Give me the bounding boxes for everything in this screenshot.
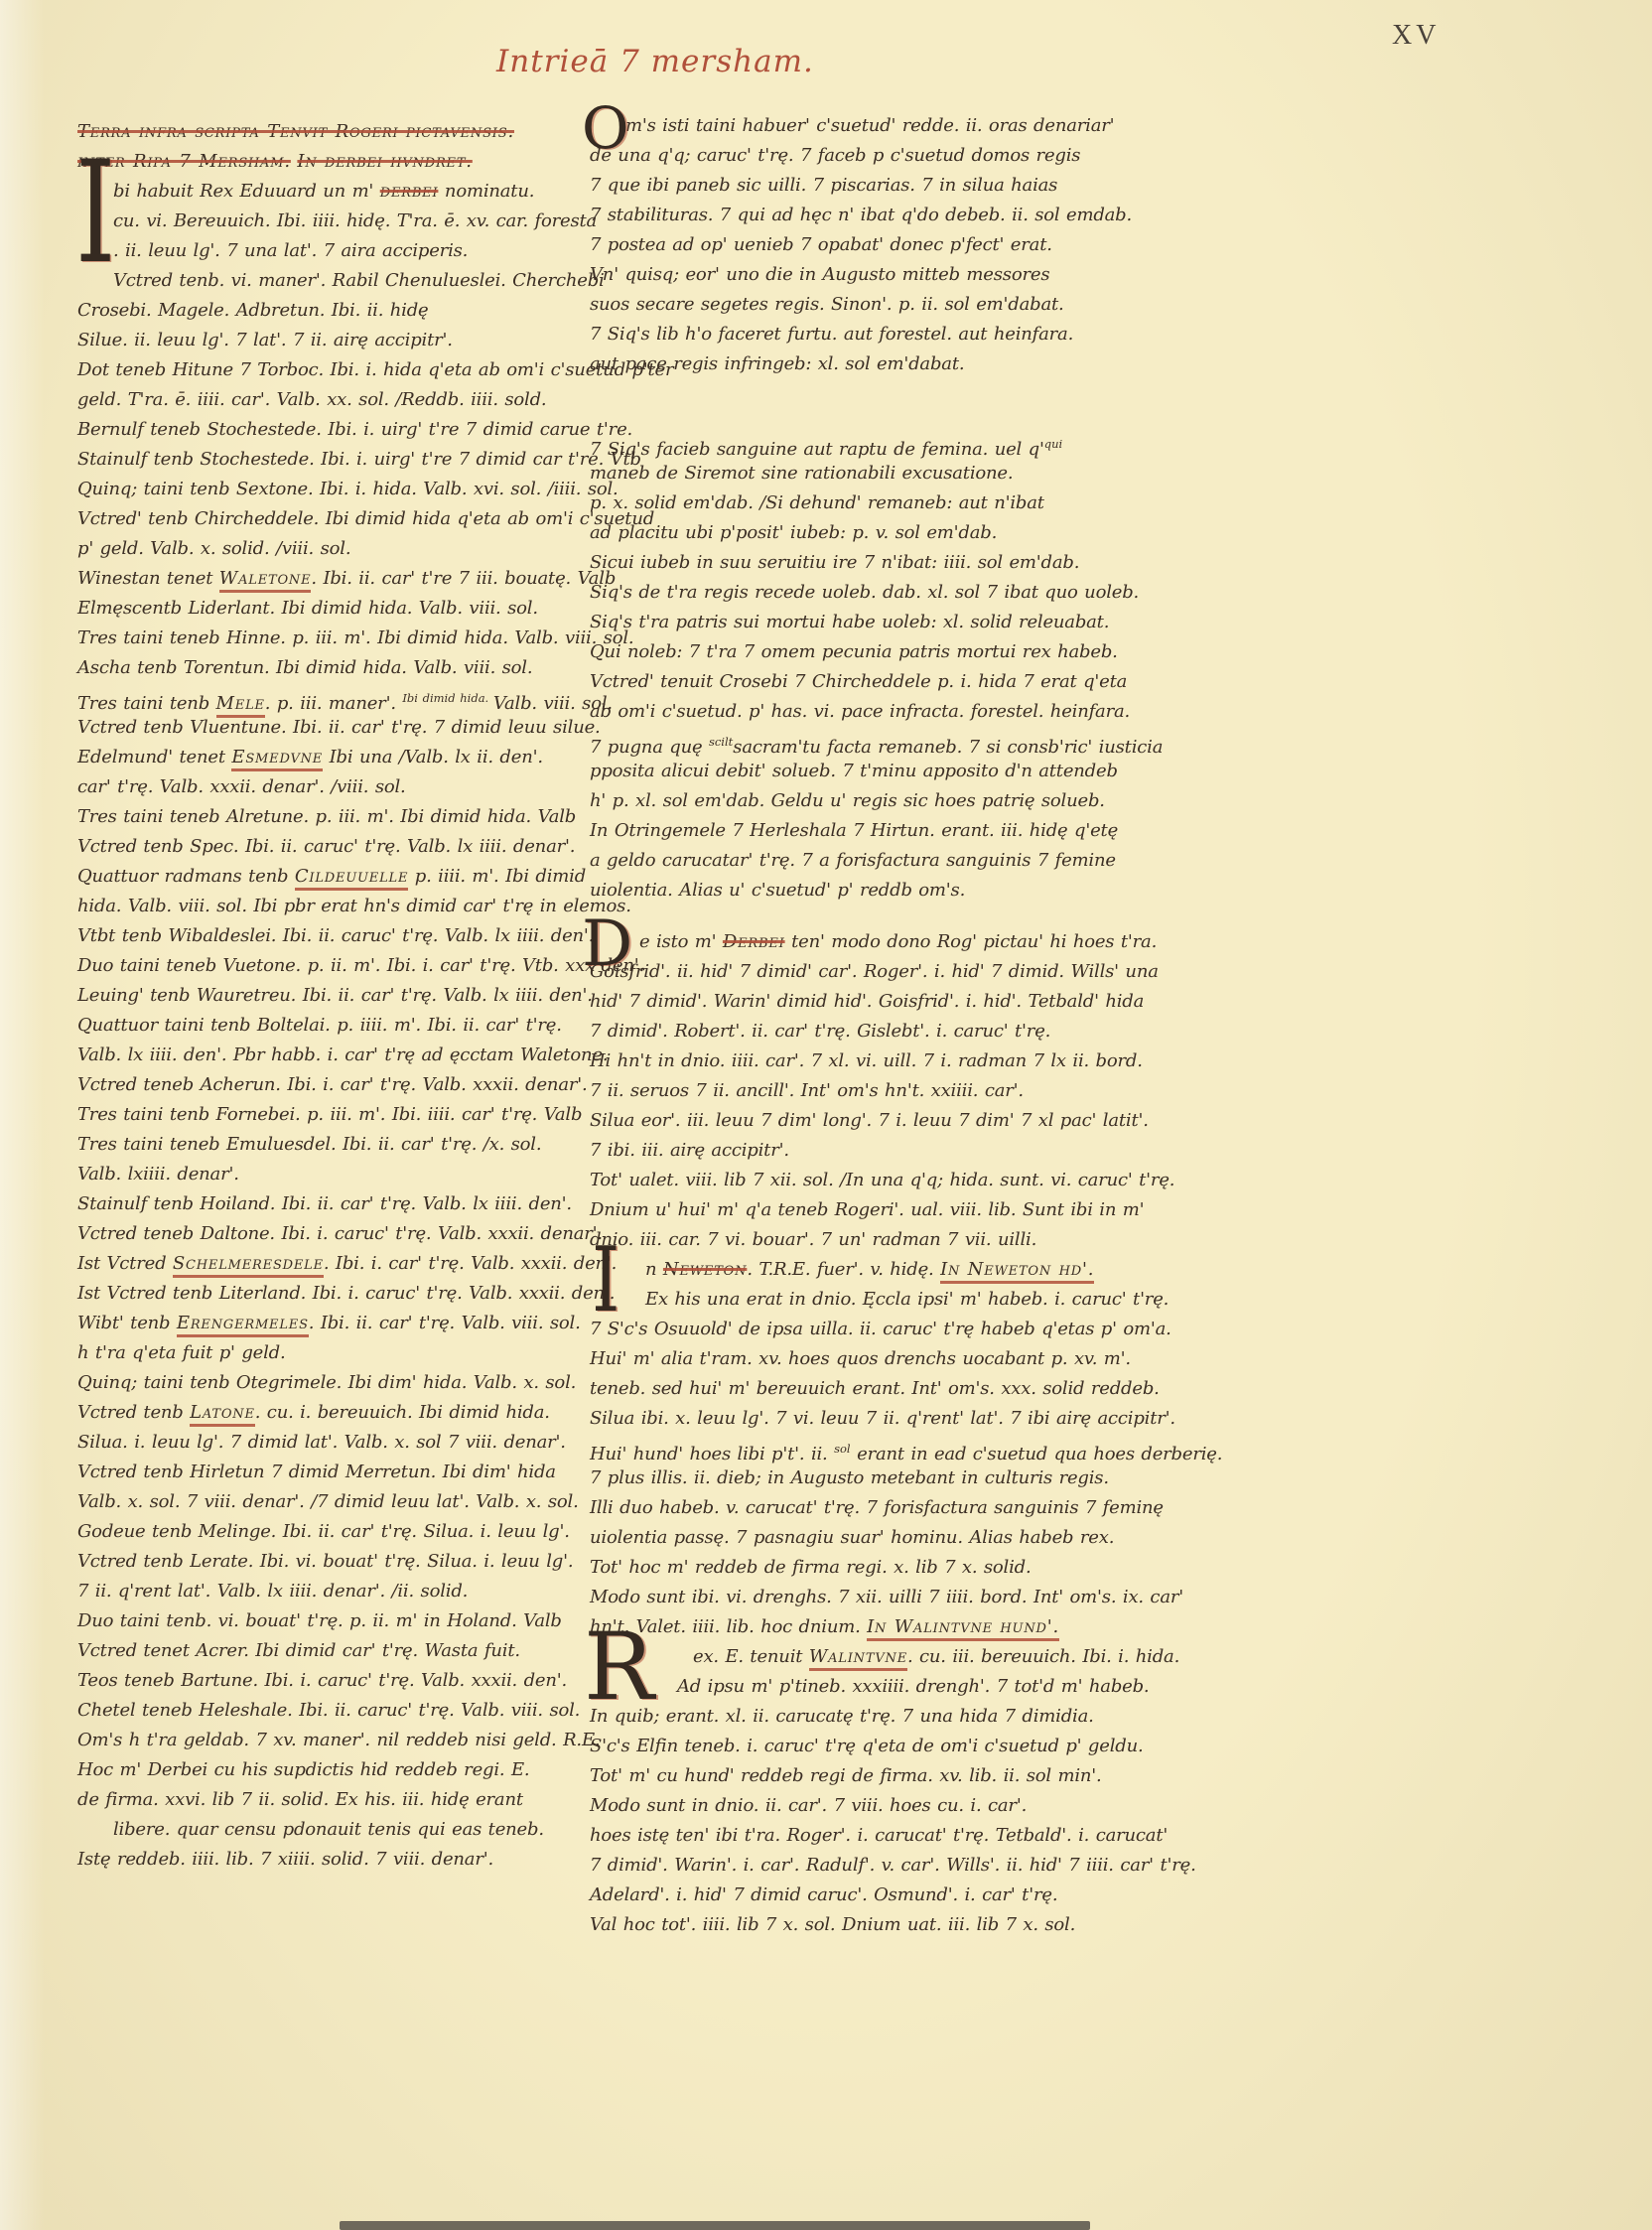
- manuscript-line: Vtbt tenb Wibaldeslei. Ibi. ii. caruc' t…: [77, 921, 594, 951]
- manuscript-line: Quattuor taini tenb Boltelai. p. iiii. m…: [77, 1011, 594, 1041]
- manuscript-line: de firma. xxvi. lib 7 ii. solid. Ex his.…: [77, 1785, 594, 1815]
- ink-text: Ascha tenb Torentun. Ibi dimid hida. Val…: [77, 657, 532, 678]
- manuscript-line: 7 postea ad op' uenieb 7 opabat' donec p…: [590, 230, 1146, 260]
- ink-text: Vctred' tenuit Crosebi 7 Chircheddele p.…: [590, 671, 1127, 692]
- manuscript-line: Dnium u' hui' m' q'a teneb Rogeri'. ual.…: [590, 1195, 1146, 1225]
- ink-text: . Ibi. ii. car' t'rę. Valb. viii. sol.: [309, 1313, 581, 1333]
- manuscript-line: Quattuor radmans tenb Cildeuuelle p. iii…: [77, 862, 594, 892]
- manuscript-line: aut pace regis infringeb: xl. sol em'dab…: [590, 349, 1146, 379]
- ink-text: Ibi dimid hida.: [402, 691, 493, 705]
- ink-text: Chetel teneb Heleshale. Ibi. ii. caruc' …: [77, 1700, 580, 1721]
- rubricated-text: Cildeuuelle: [295, 866, 408, 891]
- manuscript-line: Vctred' tenuit Crosebi 7 Chircheddele p.…: [590, 667, 1146, 697]
- manuscript-line: h' p. xl. sol em'dab. Geldu u' regis sic…: [590, 786, 1146, 816]
- ink-text: Val hoc tot'. iiii. lib 7 x. sol. Dnium …: [590, 1914, 1075, 1935]
- manuscript-line: Tot' m' cu hund' reddeb regi de firma. x…: [590, 1761, 1146, 1791]
- text-column-right: Om's isti taini habuer' c'suetud' redde.…: [590, 111, 1146, 1940]
- manuscript-line: Quinq; taini tenb Sextone. Ibi. i. hida.…: [77, 475, 594, 504]
- ink-text: Vctred tenb: [77, 1402, 190, 1423]
- ink-text: Duo taini teneb Vuetone. p. ii. m'. Ibi.…: [77, 955, 644, 976]
- manuscript-line: Vctred teneb Daltone. Ibi. i. caruc' t'r…: [77, 1219, 594, 1249]
- ink-text: ex. E. tenuit: [693, 1646, 809, 1667]
- ink-text: uiolentia. Alias u' c'suetud' p' reddb o…: [590, 880, 965, 901]
- manuscript-line: In quib; erant. xl. ii. carucatę t'rę. 7…: [590, 1702, 1146, 1732]
- manuscript-line: ab om'i c'suetud. p' has. vi. pace infra…: [590, 697, 1146, 727]
- manuscript-line: Silue. ii. leuu lg'. 7 lat'. 7 ii. airę …: [77, 326, 594, 355]
- manuscript-line: Silua. i. leuu lg'. 7 dimid lat'. Valb. …: [77, 1428, 594, 1458]
- manuscript-line: pposita alicui debit' solueb. 7 t'minu a…: [590, 757, 1146, 786]
- ink-text: Hoc m' Derbei cu his supdictis hid redde…: [77, 1759, 529, 1780]
- ink-text: cu. vi. Bereuuich. Ibi. iiii. hidę. T'ra…: [113, 210, 597, 231]
- manuscript-line: Hui' hund' hoes libi p't'. ii. sol erant…: [590, 1434, 1146, 1463]
- manuscript-line: hoes istę ten' ibi t'ra. Roger'. i. caru…: [590, 1821, 1146, 1851]
- ink-text: m's isti taini habuer' c'suetud' redde. …: [625, 115, 1114, 136]
- manuscript-line: 7 plus illis. ii. dieb; in Augusto meteb…: [590, 1463, 1146, 1493]
- ink-text: . p. iii. maner'.: [265, 693, 403, 714]
- ink-text: geld. T'ra. ē. iiii. car'. Valb. xx. sol…: [77, 389, 546, 410]
- ink-text: 7 postea ad op' uenieb 7 opabat' donec p…: [590, 234, 1052, 255]
- manuscript-line: Om's isti taini habuer' c'suetud' redde.…: [590, 111, 1146, 141]
- rubricated-text: In derbei hvndret.: [297, 151, 472, 172]
- manuscript-line: Stainulf tenb Hoiland. Ibi. ii. car' t'r…: [77, 1189, 594, 1219]
- ink-text: Bernulf teneb Stochestede. Ibi. i. uirg'…: [77, 419, 632, 440]
- manuscript-line: Om's h t'ra geldab. 7 xv. maner'. nil re…: [77, 1726, 594, 1755]
- ink-text: . Ibi. i. car' t'rę. Valb. xxxii. den'.: [324, 1253, 617, 1274]
- ink-text: Ex his una erat in dnio. Ęccla ipsi' m' …: [645, 1289, 1169, 1310]
- manuscript-line: Val hoc tot'. iiii. lib 7 x. sol. Dnium …: [590, 1910, 1146, 1940]
- manuscript-line: Vctred tenb Spec. Ibi. ii. caruc' t'rę. …: [77, 832, 594, 862]
- ink-text: Vctred tenb Vluentune. Ibi. ii. car' t'r…: [77, 717, 601, 738]
- manuscript-line: Qui noleb: 7 t'ra 7 omem pecunia patris …: [590, 637, 1146, 667]
- ink-text: p. x. solid em'dab. /Si dehund' remaneb:…: [590, 492, 1044, 513]
- manuscript-line: Teos teneb Bartune. Ibi. i. caruc' t'rę.…: [77, 1666, 594, 1696]
- ink-text: de una q'q; caruc' t'rę. 7 faceb p c'sue…: [590, 145, 1080, 166]
- ink-text: de firma. xxvi. lib 7 ii. solid. Ex his.…: [77, 1789, 523, 1810]
- ink-text: Hi hn't in dnio. iiii. car'. 7 xl. vi. u…: [590, 1050, 1143, 1071]
- ink-text: S'c's Elfin teneb. i. caruc' t'rę q'eta …: [590, 1736, 1144, 1756]
- manuscript-line: Chetel teneb Heleshale. Ibi. ii. caruc' …: [77, 1696, 594, 1726]
- manuscript-line: Tres taini teneb Alretune. p. iii. m'. I…: [77, 802, 594, 832]
- ink-text: Valb. lxiiii. denar'.: [77, 1164, 239, 1185]
- ink-text: 7 stabilituras. 7 qui ad hęc n' ibat q'd…: [590, 205, 1132, 225]
- ink-text: car' t'rę. Valb. xxxii. denar'. /viii. s…: [77, 776, 406, 797]
- ink-text: Wibt' tenb: [77, 1313, 177, 1333]
- ink-text: Valb. x. sol. 7 viii. denar'. /7 dimid l…: [77, 1491, 579, 1512]
- manuscript-line: Edelmund' tenet Esmedvne Ibi una /Valb. …: [77, 743, 594, 772]
- manuscript-line: 7 dimid'. Robert'. ii. car' t'rę. Gisleb…: [590, 1017, 1146, 1046]
- manuscript-line: In Neweton. T.R.E. fuer'. v. hidę. In Ne…: [590, 1255, 1146, 1285]
- ink-text: scilt: [709, 735, 733, 749]
- manuscript-line: Stainulf tenb Stochestede. Ibi. i. uirg'…: [77, 445, 594, 475]
- manuscript-line: 7 pugna quę sciltsacram'tu facta remaneb…: [590, 727, 1146, 757]
- ink-text: aut pace regis infringeb: xl. sol em'dab…: [590, 353, 964, 374]
- manuscript-line: de una q'q; caruc' t'rę. 7 faceb p c'sue…: [590, 141, 1146, 171]
- manuscript-line: Istę reddeb. iiii. lib. 7 xiiii. solid. …: [77, 1845, 594, 1875]
- ink-text: Tres taini teneb Emuluesdel. Ibi. ii. ca…: [77, 1134, 541, 1155]
- manuscript-page: { "page": { "folio_number": "XV", "runni…: [0, 0, 1652, 2230]
- manuscript-line: p. x. solid em'dab. /Si dehund' remaneb:…: [590, 488, 1146, 518]
- ink-text: Dot teneb Hitune 7 Torboc. Ibi. i. hida …: [77, 359, 673, 380]
- manuscript-line: Valb. lx iiii. den'. Pbr habb. i. car' t…: [77, 1041, 594, 1070]
- ink-text: Edelmund' tenet: [77, 747, 231, 767]
- manuscript-line: ad placitu ubi p'posit' iubeb: p. v. sol…: [590, 518, 1146, 548]
- manuscript-line: Ist Vctred tenb Literland. Ibi. i. caruc…: [77, 1279, 594, 1309]
- manuscript-line: maneb de Siremot sine rationabili excusa…: [590, 459, 1146, 488]
- ink-text: e isto m': [639, 931, 723, 952]
- ink-text: p. iiii. m'. Ibi dimid: [408, 866, 586, 887]
- ink-text: Hui' hund' hoes libi p't'. ii.: [590, 1444, 834, 1464]
- manuscript-line: Vn' quisq; eor' uno die in Augusto mitte…: [590, 260, 1146, 290]
- ink-text: Quattuor radmans tenb: [77, 866, 295, 887]
- manuscript-line: Duo taini tenb. vi. bouat' t'rę. p. ii. …: [77, 1606, 594, 1636]
- running-header: Intrieā 7 mersham.: [496, 44, 814, 79]
- ink-text: Quattuor taini tenb Boltelai. p. iiii. m…: [77, 1015, 562, 1036]
- manuscript-line: Tot' hoc m' reddeb de firma regi. x. lib…: [590, 1553, 1146, 1583]
- manuscript-line: Valb. lxiiii. denar'.: [77, 1160, 594, 1189]
- manuscript-line: Ad ipsu m' p'tineb. xxxiiii. drengh'. 7 …: [590, 1672, 1146, 1702]
- rubricated-text: Schelmeresdele: [173, 1253, 324, 1278]
- ink-text: suos secare segetes regis. Sinon'. p. ii…: [590, 294, 1064, 315]
- ink-text: Silue. ii. leuu lg'. 7 lat'. 7 ii. airę …: [77, 330, 453, 350]
- ink-text: 7 dimid'. Robert'. ii. car' t'rę. Gisleb…: [590, 1021, 1050, 1042]
- manuscript-line: Quinq; taini tenb Otegrimele. Ibi dim' h…: [77, 1368, 594, 1398]
- ink-text: Tres taini tenb Fornebei. p. iii. m'. Ib…: [77, 1104, 582, 1125]
- manuscript-line: 7 dimid'. Warin'. i. car'. Radulf'. v. c…: [590, 1851, 1146, 1881]
- manuscript-line: S'c's Elfin teneb. i. caruc' t'rę q'eta …: [590, 1732, 1146, 1761]
- ink-text: hid' 7 dimid'. Warin' dimid hid'. Goisfr…: [590, 991, 1144, 1012]
- manuscript-line: Vctred teneb Acherun. Ibi. i. car' t'rę.…: [77, 1070, 594, 1100]
- scan-edge-artifact: [340, 2221, 1090, 2230]
- rubricated-text: Waletone: [219, 568, 312, 593]
- manuscript-line: De isto m' Derbei ten' modo dono Rog' pi…: [590, 927, 1146, 957]
- manuscript-line: Wibt' tenb Erengermeles. Ibi. ii. car' t…: [77, 1309, 594, 1338]
- ink-text: teneb. sed hui' m' bereuuich erant. Int'…: [590, 1378, 1160, 1399]
- manuscript-line: h t'ra q'eta fuit p' geld.: [77, 1338, 594, 1368]
- ink-text: . T.R.E. fuer'. v. hidę.: [747, 1259, 940, 1280]
- ink-text: Godeue tenb Melinge. Ibi. ii. car' t'rę.…: [77, 1521, 570, 1542]
- ink-text: a geldo carucatar' t'rę. 7 a forisfactur…: [590, 850, 1116, 871]
- manuscript-line: Elmęscentb Liderlant. Ibi dimid hida. Va…: [77, 594, 594, 624]
- ink-text: Valb. lx iiii. den'. Pbr habb. i. car' t…: [77, 1045, 608, 1065]
- ink-text: Silua ibi. x. leuu lg'. 7 vi. leuu 7 ii.…: [590, 1408, 1175, 1429]
- manuscript-line: Vctred tenb Hirletun 7 dimid Merretun. I…: [77, 1458, 594, 1487]
- ink-text: Tres taini teneb Hinne. p. iii. m'. Ibi …: [77, 627, 633, 648]
- ink-text: Vctred tenb Hirletun 7 dimid Merretun. I…: [77, 1462, 556, 1482]
- manuscript-line: car' t'rę. Valb. xxxii. denar'. /viii. s…: [77, 772, 594, 802]
- manuscript-line: Tot' ualet. viii. lib 7 xii. sol. /In un…: [590, 1166, 1146, 1195]
- manuscript-line: Bernulf teneb Stochestede. Ibi. i. uirg'…: [77, 415, 594, 445]
- ink-text: 7 ibi. iii. airę accipitr'.: [590, 1140, 789, 1161]
- manuscript-line: Illi duo habeb. v. carucat' t'rę. 7 fori…: [590, 1493, 1146, 1523]
- ink-text: hoes istę ten' ibi t'ra. Roger'. i. caru…: [590, 1825, 1168, 1846]
- ink-text: Dnium u' hui' m' q'a teneb Rogeri'. ual.…: [590, 1199, 1144, 1220]
- manuscript-line: Winestan tenet Waletone. Ibi. ii. car' t…: [77, 564, 594, 594]
- manuscript-line: Silua eor'. iii. leuu 7 dim' long'. 7 i.…: [590, 1106, 1146, 1136]
- ink-text: Silua eor'. iii. leuu 7 dim' long'. 7 i.…: [590, 1110, 1149, 1131]
- ink-text: . cu. iii. bereuuich. Ibi. i. hida.: [907, 1646, 1179, 1667]
- ink-text: Vctred tenb Lerate. Ibi. vi. bouat' t'rę…: [77, 1551, 573, 1572]
- ink-text: Tres taini teneb Alretune. p. iii. m'. I…: [77, 806, 576, 827]
- manuscript-line: Tres taini tenb Mele. p. iii. maner'. Ib…: [77, 683, 594, 713]
- ink-text: p' geld. Valb. x. solid. /viii. sol.: [77, 538, 350, 559]
- rubricated-text: In Walintvne hund'.: [867, 1616, 1059, 1641]
- manuscript-line: geld. T'ra. ē. iiii. car'. Valb. xx. sol…: [77, 385, 594, 415]
- manuscript-line: 7 Siq's lib h'o faceret furtu. aut fores…: [590, 320, 1146, 349]
- ink-text: Vctred tenb. vi. maner'. Rabil Chenulues…: [113, 270, 605, 291]
- manuscript-line: hid' 7 dimid'. Warin' dimid hid'. Goisfr…: [590, 987, 1146, 1017]
- manuscript-line: hida. Valb. viii. sol. Ibi pbr erat hn's…: [77, 892, 594, 921]
- ink-text: Siq's t'ra patris sui mortui habe uoleb:…: [590, 612, 1109, 632]
- ink-text: bi habuit Rex Eduuard un m': [113, 181, 380, 202]
- manuscript-line: Vctred tenb Latone. cu. i. bereuuich. Ib…: [77, 1398, 594, 1428]
- manuscript-line: Vctred tenb Lerate. Ibi. vi. bouat' t'rę…: [77, 1547, 594, 1577]
- ink-text: Vctred tenet Acrer. Ibi dimid car' t'rę.…: [77, 1640, 520, 1661]
- ink-text: 7 dimid'. Warin'. i. car'. Radulf'. v. c…: [590, 1855, 1196, 1876]
- ink-text: h t'ra q'eta fuit p' geld.: [77, 1342, 286, 1363]
- manuscript-line: p' geld. Valb. x. solid. /viii. sol.: [77, 534, 594, 564]
- manuscript-line: uiolentia. Alias u' c'suetud' p' reddb o…: [590, 876, 1146, 906]
- manuscript-line: 7 stabilituras. 7 qui ad hęc n' ibat q'd…: [590, 201, 1146, 230]
- ink-text: Leuing' tenb Wauretreu. Ibi. ii. car' t'…: [77, 985, 593, 1006]
- manuscript-line: Ascha tenb Torentun. Ibi dimid hida. Val…: [77, 653, 594, 683]
- manuscript-line: 7 ibi. iii. airę accipitr'.: [590, 1136, 1146, 1166]
- ink-text: Vctred' tenb Chircheddele. Ibi dimid hid…: [77, 508, 654, 529]
- manuscript-line: Vctred' tenb Chircheddele. Ibi dimid hid…: [77, 504, 594, 534]
- ink-text: Stainulf tenb Stochestede. Ibi. i. uirg'…: [77, 449, 641, 470]
- ink-text: Illi duo habeb. v. carucat' t'rę. 7 fori…: [590, 1497, 1164, 1518]
- manuscript-line: Crosebi. Magele. Adbretun. Ibi. ii. hidę: [77, 296, 594, 326]
- ink-text: Siq's de t'ra regis recede uoleb. dab. x…: [590, 582, 1139, 603]
- ink-text: Tres taini tenb: [77, 693, 216, 714]
- ink-text: h' p. xl. sol em'dab. Geldu u' regis sic…: [590, 790, 1105, 811]
- ink-text: libere. quar censu pdonauit tenis qui ea…: [113, 1819, 544, 1840]
- ink-text: Crosebi. Magele. Adbretun. Ibi. ii. hidę: [77, 300, 429, 321]
- ink-text: 7 que ibi paneb sic uilli. 7 piscarias. …: [590, 175, 1057, 196]
- manuscript-line: Duo taini teneb Vuetone. p. ii. m'. Ibi.…: [77, 951, 594, 981]
- rubricated-text: Derbei: [723, 931, 785, 952]
- ink-text: Vtbt tenb Wibaldeslei. Ibi. ii. caruc' t…: [77, 925, 594, 946]
- manuscript-line: uiolentia passę. 7 pasnagiu suar' hominu…: [590, 1523, 1146, 1553]
- ink-text: sacram'tu facta remaneb. 7 si consb'ric'…: [733, 737, 1163, 758]
- ink-text: 7 S'c's Osuuold' de ipsa uilla. ii. caru…: [590, 1319, 1171, 1339]
- manuscript-line: Tres taini tenb Fornebei. p. iii. m'. Ib…: [77, 1100, 594, 1130]
- manuscript-line: Siq's t'ra patris sui mortui habe uoleb:…: [590, 608, 1146, 637]
- manuscript-line: Silua ibi. x. leuu lg'. 7 vi. leuu 7 ii.…: [590, 1404, 1146, 1434]
- ink-text: Winestan tenet: [77, 568, 219, 589]
- ink-text: Modo sunt in dnio. ii. car'. 7 viii. hoe…: [590, 1795, 1027, 1816]
- manuscript-line: dnio. iii. car. 7 vi. bouar'. 7 un' radm…: [590, 1225, 1146, 1255]
- rubricated-text: In Neweton hd'.: [940, 1259, 1094, 1284]
- manuscript-line: Adelard'. i. hid' 7 dimid caruc'. Osmund…: [590, 1881, 1146, 1910]
- ink-text: Ibi una /Valb. lx ii. den'.: [323, 747, 543, 767]
- rubricated-text: Latone: [190, 1402, 255, 1427]
- ink-text: Vctred teneb Acherun. Ibi. i. car' t'rę.…: [77, 1074, 588, 1095]
- ink-text: Adelard'. i. hid' 7 dimid caruc'. Osmund…: [590, 1884, 1057, 1905]
- ink-text: ab om'i c'suetud. p' has. vi. pace infra…: [590, 701, 1130, 722]
- manuscript-line: libere. quar censu pdonauit tenis qui ea…: [77, 1815, 594, 1845]
- manuscript-line: Leuing' tenb Wauretreu. Ibi. ii. car' t'…: [77, 981, 594, 1011]
- manuscript-line: a geldo carucatar' t'rę. 7 a forisfactur…: [590, 846, 1146, 876]
- manuscript-line: cu. vi. Bereuuich. Ibi. iiii. hidę. T'ra…: [77, 207, 594, 236]
- manuscript-line: 7 Siq's facieb sanguine aut raptu de fem…: [590, 429, 1146, 459]
- ink-text: . ii. leuu lg'. 7 una lat'. 7 aira accip…: [113, 240, 468, 261]
- ink-text: 7 plus illis. ii. dieb; in Augusto meteb…: [590, 1467, 1109, 1488]
- ink-text: 7 Siq's facieb sanguine aut raptu de fem…: [590, 439, 1044, 460]
- manuscript-line: Modo sunt in dnio. ii. car'. 7 viii. hoe…: [590, 1791, 1146, 1821]
- manuscript-line: Modo sunt ibi. vi. drenghs. 7 xii. uilli…: [590, 1583, 1146, 1612]
- ink-text: In quib; erant. xl. ii. carucatę t'rę. 7…: [590, 1706, 1094, 1727]
- ink-text: sol: [834, 1442, 851, 1456]
- manuscript-line: 7 S'c's Osuuold' de ipsa uilla. ii. caru…: [590, 1315, 1146, 1344]
- rubricated-text: Erengermeles: [177, 1313, 309, 1337]
- manuscript-line: Ist Vctred Schelmeresdele. Ibi. i. car' …: [77, 1249, 594, 1279]
- ink-text: Sicui iubeb in suu seruitiu ire 7 n'ibat…: [590, 552, 1079, 573]
- ink-text: Silua. i. leuu lg'. 7 dimid lat'. Valb. …: [77, 1432, 566, 1453]
- manuscript-line: 7 que ibi paneb sic uilli. 7 piscarias. …: [590, 171, 1146, 201]
- ink-text: Ist Vctred tenb Literland. Ibi. i. caruc…: [77, 1283, 615, 1304]
- ink-text: n: [645, 1259, 663, 1280]
- ink-text: Duo taini tenb. vi. bouat' t'rę. p. ii. …: [77, 1610, 562, 1631]
- manuscript-line: Vctred tenb. vi. maner'. Rabil Chenulues…: [77, 266, 594, 296]
- ink-text: ten' modo dono Rog' pictau' hi hoes t'ra…: [785, 931, 1158, 952]
- ink-text: Teos teneb Bartune. Ibi. i. caruc' t'rę.…: [77, 1670, 567, 1691]
- manuscript-line: suos secare segetes regis. Sinon'. p. ii…: [590, 290, 1146, 320]
- ink-text: 7 Siq's lib h'o faceret furtu. aut fores…: [590, 324, 1073, 345]
- ink-text: 7 ii. seruos 7 ii. ancill'. Int' om's hn…: [590, 1080, 1024, 1101]
- ink-text: Qui noleb: 7 t'ra 7 omem pecunia patris …: [590, 641, 1118, 662]
- ink-text: Ist Vctred: [77, 1253, 173, 1274]
- manuscript-line: Valb. x. sol. 7 viii. denar'. /7 dimid l…: [77, 1487, 594, 1517]
- ink-text: 7 ii. q'rent lat'. Valb. lx iiii. denar'…: [77, 1581, 468, 1602]
- manuscript-line: Vctred tenb Vluentune. Ibi. ii. car' t'r…: [77, 713, 594, 743]
- manuscript-line: Hoc m' Derbei cu his supdictis hid redde…: [77, 1755, 594, 1785]
- manuscript-line: Dot teneb Hitune 7 Torboc. Ibi. i. hida …: [77, 355, 594, 385]
- ink-text: Vctred teneb Daltone. Ibi. i. caruc' t'r…: [77, 1223, 603, 1244]
- ink-text: Istę reddeb. iiii. lib. 7 xiiii. solid. …: [77, 1849, 493, 1870]
- ink-text: uiolentia passę. 7 pasnagiu suar' hominu…: [590, 1527, 1114, 1548]
- manuscript-line: Hui' m' alia t'ram. xv. hoes quos drench…: [590, 1344, 1146, 1374]
- ink-text: Om's h t'ra geldab. 7 xv. maner'. nil re…: [77, 1730, 600, 1750]
- text-column-left: Terra infra scripta Tenvit Rogeri pictav…: [77, 117, 594, 1875]
- ink-text: Modo sunt ibi. vi. drenghs. 7 xii. uilli…: [590, 1587, 1183, 1607]
- ink-text: qui: [1044, 437, 1062, 451]
- rubricated-text: derbei: [380, 181, 439, 202]
- ink-text: ad placitu ubi p'posit' iubeb: p. v. sol…: [590, 522, 997, 543]
- manuscript-line: Siq's de t'ra regis recede uoleb. dab. x…: [590, 578, 1146, 608]
- manuscript-line: Godeue tenb Melinge. Ibi. ii. car' t'rę.…: [77, 1517, 594, 1547]
- manuscript-line: Tres taini teneb Emuluesdel. Ibi. ii. ca…: [77, 1130, 594, 1160]
- manuscript-line: Tres taini teneb Hinne. p. iii. m'. Ibi …: [77, 624, 594, 653]
- rubricated-text: Terra infra scripta Tenvit Rogeri pictav…: [77, 121, 514, 142]
- ink-text: . cu. i. bereuuich. Ibi dimid hida.: [255, 1402, 550, 1423]
- ink-text: nominatu.: [438, 181, 534, 202]
- ink-text: . Ibi. ii. car' t're 7 iii. bouatę. Valb: [311, 568, 616, 589]
- ink-text: Quinq; taini tenb Sextone. Ibi. i. hida.…: [77, 479, 619, 499]
- manuscript-line: . ii. leuu lg'. 7 una lat'. 7 aira accip…: [77, 236, 594, 266]
- rubricated-text: Neweton: [663, 1259, 747, 1280]
- manuscript-line: Ex his una erat in dnio. Ęccla ipsi' m' …: [590, 1285, 1146, 1315]
- ink-text: pposita alicui debit' solueb. 7 t'minu a…: [590, 761, 1118, 781]
- manuscript-line: 7 ii. seruos 7 ii. ancill'. Int' om's hn…: [590, 1076, 1146, 1106]
- ink-text: In Otringemele 7 Herleshala 7 Hirtun. er…: [590, 820, 1118, 841]
- ink-text: Hui' m' alia t'ram. xv. hoes quos drench…: [590, 1348, 1131, 1369]
- manuscript-line: 7 ii. q'rent lat'. Valb. lx iiii. denar'…: [77, 1577, 594, 1606]
- ink-text: maneb de Siremot sine rationabili excusa…: [590, 463, 1013, 484]
- ink-text: Ad ipsu m' p'tineb. xxxiiii. drengh'. 7 …: [677, 1676, 1149, 1697]
- manuscript-line: In Otringemele 7 Herleshala 7 Hirtun. er…: [590, 816, 1146, 846]
- ink-text: dnio. iii. car. 7 vi. bouar'. 7 un' radm…: [590, 1229, 1036, 1250]
- folio-number: XV: [1392, 20, 1440, 52]
- ink-text: Quinq; taini tenb Otegrimele. Ibi dim' h…: [77, 1372, 576, 1393]
- ink-text: erant in ead c'suetud qua hoes derberię.: [851, 1444, 1223, 1464]
- manuscript-line: Ibi habuit Rex Eduuard un m' derbei nomi…: [77, 177, 594, 207]
- ink-text: Vn' quisq; eor' uno die in Augusto mitte…: [590, 264, 1049, 285]
- ink-text: 7 pugna quę: [590, 737, 709, 758]
- manuscript-line: Goisfrid'. ii. hid' 7 dimid' car'. Roger…: [590, 957, 1146, 987]
- manuscript-line: Terra infra scripta Tenvit Rogeri pictav…: [77, 117, 594, 147]
- ink-text: Vctred tenb Spec. Ibi. ii. caruc' t'rę. …: [77, 836, 575, 857]
- manuscript-line: inter Ripa 7 Mersham. In derbei hvndret.: [77, 147, 594, 177]
- ink-text: Elmęscentb Liderlant. Ibi dimid hida. Va…: [77, 598, 538, 619]
- ink-text: Goisfrid'. ii. hid' 7 dimid' car'. Roger…: [590, 961, 1159, 982]
- rubricated-text: Esmedvne: [231, 747, 323, 771]
- ink-text: Tot' m' cu hund' reddeb regi de firma. x…: [590, 1765, 1102, 1786]
- ink-text: Tot' ualet. viii. lib 7 xii. sol. /In un…: [590, 1170, 1174, 1190]
- manuscript-line: Vctred tenet Acrer. Ibi dimid car' t'rę.…: [77, 1636, 594, 1666]
- rubricated-text: Walintvne: [809, 1646, 907, 1671]
- manuscript-line: Sicui iubeb in suu seruitiu ire 7 n'ibat…: [590, 548, 1146, 578]
- manuscript-line: teneb. sed hui' m' bereuuich erant. Int'…: [590, 1374, 1146, 1404]
- manuscript-line: Rex. E. tenuit Walintvne. cu. iii. bereu…: [590, 1642, 1146, 1672]
- ink-text: Stainulf tenb Hoiland. Ibi. ii. car' t'r…: [77, 1193, 572, 1214]
- manuscript-line: Hi hn't in dnio. iiii. car'. 7 xl. vi. u…: [590, 1046, 1146, 1076]
- ink-text: hida. Valb. viii. sol. Ibi pbr erat hn's…: [77, 896, 631, 916]
- manuscript-line: hn't. Valet. iiii. lib. hoc dnium. In Wa…: [590, 1612, 1146, 1642]
- ink-text: Tot' hoc m' reddeb de firma regi. x. lib…: [590, 1557, 1032, 1578]
